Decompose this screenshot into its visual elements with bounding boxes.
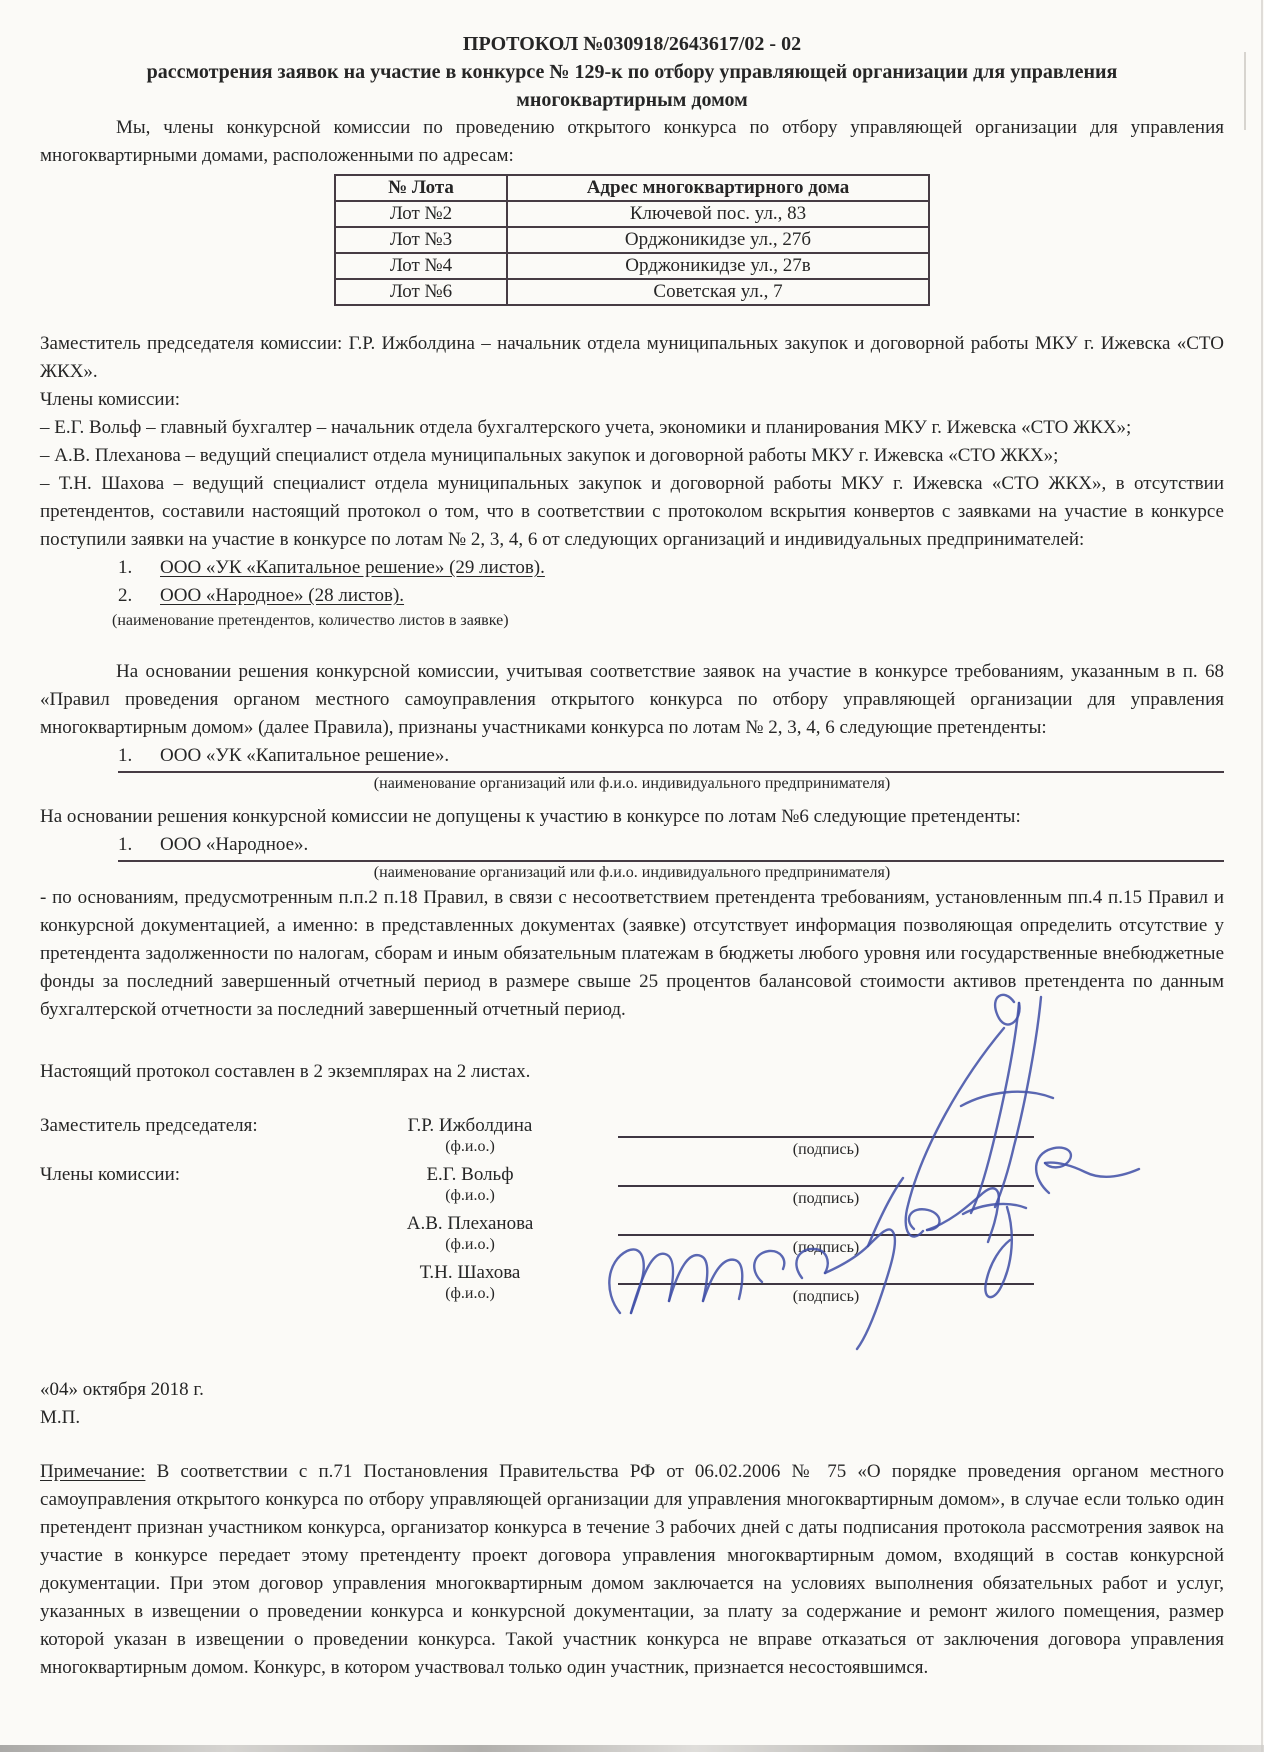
list-item-number: 2. — [118, 582, 160, 610]
table-row: Лот №4 Орджоникидзе ул., 27в — [335, 253, 929, 279]
signature-row-shakhova: Т.Н. Шахова (ф.и.о.) (подпись) — [40, 1259, 1224, 1309]
signer-name: Г.Р. Ижболдина — [330, 1112, 610, 1140]
admitted-item-row: 1.ООО «УК «Капитальное решение». — [118, 742, 1224, 773]
rejected-paragraph: На основании решения конкурсной комиссии… — [40, 803, 1224, 831]
signature-row-izhboldina: Заместитель председателя: Г.Р. Ижболдина… — [40, 1112, 1224, 1162]
table-row: Лот №6 Советская ул., 7 — [335, 279, 929, 305]
list-item-number: 1. — [118, 831, 160, 859]
table-row: Лот №3 Орджоникидзе ул., 27б — [335, 227, 929, 253]
title-subject-line2: многоквартирным домом — [40, 86, 1224, 114]
title-subject-line: рассмотрения заявок на участие в конкурс… — [40, 58, 1224, 86]
applicants-list: 1.ООО «УК «Капитальное решение» (29 лист… — [118, 554, 1224, 610]
admitted-participant-name: ООО «УК «Капитальное решение». — [160, 745, 449, 766]
note-paragraph: Примечание: В соответствии с п.71 Постан… — [40, 1458, 1224, 1682]
document-title: ПРОТОКОЛ №030918/2643617/02 - 02 рассмот… — [40, 30, 1224, 114]
fio-caption: (ф.и.о.) — [330, 1186, 610, 1206]
signer-name: Т.Н. Шахова — [330, 1259, 610, 1287]
signature-caption: (подпись) — [618, 1140, 1034, 1160]
protocol-number: ПРОТОКОЛ №030918/2643617/02 - 02 — [40, 30, 1224, 58]
list-item-number: 1. — [118, 554, 160, 582]
table-row: Лот №2 Ключевой пос. ул., 83 — [335, 201, 929, 227]
lot-cell: Лот №6 — [335, 279, 507, 305]
rejected-item-row: 1.ООО «Народное». — [118, 831, 1224, 862]
lots-table-header-row: № Лота Адрес многоквартирного дома — [335, 175, 929, 201]
deputy-chair-signature-label: Заместитель председателя: — [40, 1112, 258, 1140]
signer-name: А.В. Плеханова — [330, 1210, 610, 1238]
deputy-chair-line: Заместитель председателя комиссии: Г.Р. … — [40, 330, 1224, 386]
signature-caption: (подпись) — [618, 1287, 1034, 1307]
stamp-place-label: М.П. — [40, 1404, 1224, 1432]
note-text: В соответствии с п.71 Постановления Прав… — [40, 1461, 1224, 1678]
protocol-date: «04» октября 2018 г. — [40, 1376, 1224, 1404]
signature-caption: (подпись) — [618, 1238, 1034, 1258]
signature-block: Заместитель председателя: Г.Р. Ижболдина… — [40, 1112, 1224, 1344]
lots-table-header-address: Адрес многоквартирного дома — [507, 175, 929, 201]
address-cell: Ключевой пос. ул., 83 — [507, 201, 929, 227]
note-label: Примечание: — [40, 1461, 145, 1482]
lots-table: № Лота Адрес многоквартирного дома Лот №… — [334, 174, 930, 306]
address-cell: Орджоникидзе ул., 27б — [507, 227, 929, 253]
applicants-caption: (наименование претендентов, количество л… — [112, 610, 1224, 632]
fio-caption: (ф.и.о.) — [330, 1137, 610, 1157]
page-edge-shadow — [1261, 0, 1263, 1752]
rejected-caption: (наименование организаций или ф.и.о. инд… — [40, 862, 1224, 884]
applicant-name: ООО «Народное» (28 листов). — [160, 585, 404, 606]
admitted-paragraph: На основании решения конкурсной комиссии… — [40, 658, 1224, 742]
lot-cell: Лот №3 — [335, 227, 507, 253]
signature-caption: (подпись) — [618, 1189, 1034, 1209]
scan-artifact-mark — [1244, 52, 1246, 130]
signature-row-volf: Члены комиссии: Е.Г. Вольф (ф.и.о.) (под… — [40, 1161, 1224, 1211]
intro-paragraph: Мы, члены конкурсной комиссии по проведе… — [40, 114, 1224, 170]
member-volf-line: – Е.Г. Вольф – главный бухгалтер – начал… — [40, 414, 1224, 442]
signer-name: Е.Г. Вольф — [330, 1161, 610, 1189]
fio-caption: (ф.и.о.) — [330, 1235, 610, 1255]
list-item: 2.ООО «Народное» (28 листов). — [118, 582, 1224, 610]
address-cell: Орджоникидзе ул., 27в — [507, 253, 929, 279]
members-signature-label: Члены комиссии: — [40, 1161, 180, 1189]
member-plekhanova-line: – А.В. Плеханова – ведущий специалист от… — [40, 442, 1224, 470]
rejection-reason-paragraph: - по основаниям, предусмотренным п.п.2 п… — [40, 884, 1224, 1024]
signature-line — [618, 1136, 1034, 1138]
lots-table-header-lot: № Лота — [335, 175, 507, 201]
list-item: 1.ООО «УК «Капитальное решение» (29 лист… — [118, 554, 1224, 582]
signature-line — [618, 1185, 1034, 1187]
signature-line — [618, 1283, 1034, 1285]
fio-caption: (ф.и.о.) — [330, 1284, 610, 1304]
lot-cell: Лот №2 — [335, 201, 507, 227]
members-label: Члены комиссии: — [40, 386, 1224, 414]
lot-cell: Лот №4 — [335, 253, 507, 279]
list-item-number: 1. — [118, 742, 160, 770]
applicant-name: ООО «УК «Капитальное решение» (29 листов… — [160, 557, 545, 578]
scanned-protocol-page: ПРОТОКОЛ №030918/2643617/02 - 02 рассмот… — [0, 0, 1264, 1752]
scan-bottom-band — [0, 1745, 1264, 1752]
copies-note: Настоящий протокол составлен в 2 экземпл… — [40, 1058, 1224, 1086]
address-cell: Советская ул., 7 — [507, 279, 929, 305]
signature-line — [618, 1234, 1034, 1236]
admitted-caption: (наименование организаций или ф.и.о. инд… — [40, 773, 1224, 795]
signature-row-plekhanova: А.В. Плеханова (ф.и.о.) (подпись) — [40, 1210, 1224, 1260]
rejected-participant-name: ООО «Народное». — [160, 834, 308, 855]
member-shakhova-line: – Т.Н. Шахова – ведущий специалист отдел… — [40, 470, 1224, 554]
